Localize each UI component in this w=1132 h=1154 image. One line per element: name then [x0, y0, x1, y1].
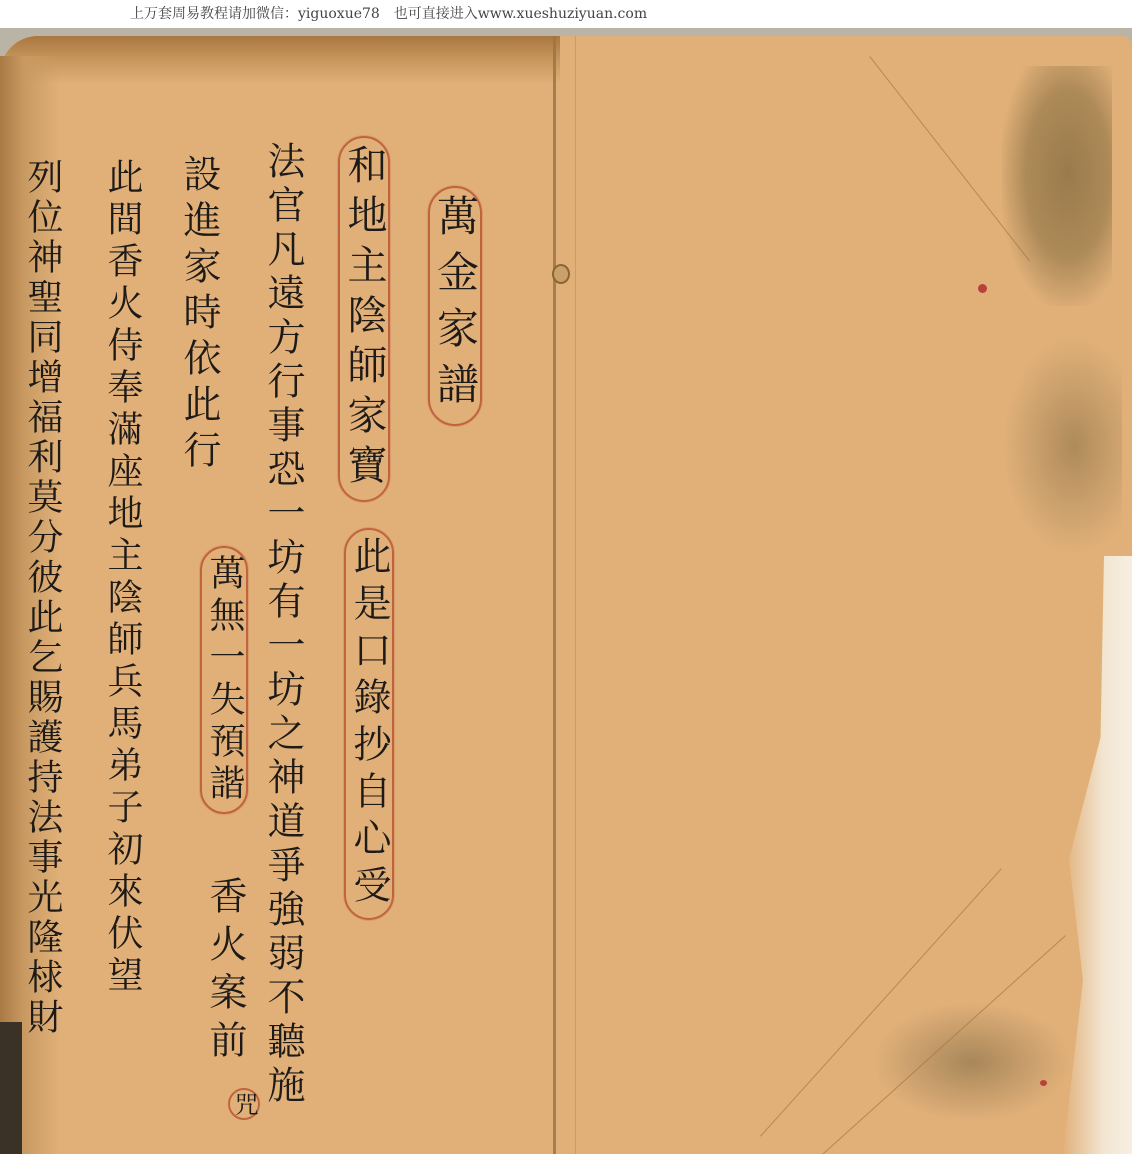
- text-column-4-part-3: 香火案前: [206, 876, 244, 1068]
- watermark-banner: 上万套周易教程请加微信：yiguoxue78 也可直接进入www.xueshuz…: [0, 0, 1132, 28]
- binding-hole: [552, 264, 570, 284]
- text-column-4-part-4: 咒: [228, 1088, 260, 1120]
- red-ink-spot: [978, 284, 987, 293]
- stain-right-mid: [1002, 336, 1122, 556]
- page-fold-line: [575, 36, 576, 1154]
- stain-left-bottom: [0, 1022, 22, 1154]
- manuscript-page: 萬金家譜 和地主陰師家寶 此是口錄抄自心受 法官凡遠方行事恐一坊有一坊之神道爭強…: [0, 36, 1132, 1154]
- stain-top-edge: [0, 36, 560, 84]
- text-column-5: 此間香火侍奉滿座地主陰師兵馬弟子初來伏望: [104, 158, 140, 998]
- text-column-6: 列位神聖同增福利莫分彼此乞賜護持法事光隆梂財: [24, 158, 60, 1038]
- torn-edge-right: [1062, 556, 1132, 1154]
- stain-right-top: [1002, 66, 1112, 306]
- manuscript-title: 萬金家譜: [428, 186, 482, 426]
- text-column-4-part-1: 設進家時依此行: [180, 154, 218, 476]
- text-column-2-part-2: 此是口錄抄自心受: [344, 528, 394, 920]
- page-fold-gutter: [553, 36, 556, 1154]
- text-column-2-part-1: 和地主陰師家寶: [338, 136, 390, 502]
- text-column-4-part-2: 萬無一失預諧: [200, 546, 248, 814]
- red-ink-spot: [1040, 1080, 1047, 1086]
- text-column-3: 法官凡遠方行事恐一坊有一坊之神道爭強弱不聽施: [264, 141, 302, 1109]
- scanned-manuscript: 萬金家譜 和地主陰師家寶 此是口錄抄自心受 法官凡遠方行事恐一坊有一坊之神道爭強…: [0, 28, 1132, 1154]
